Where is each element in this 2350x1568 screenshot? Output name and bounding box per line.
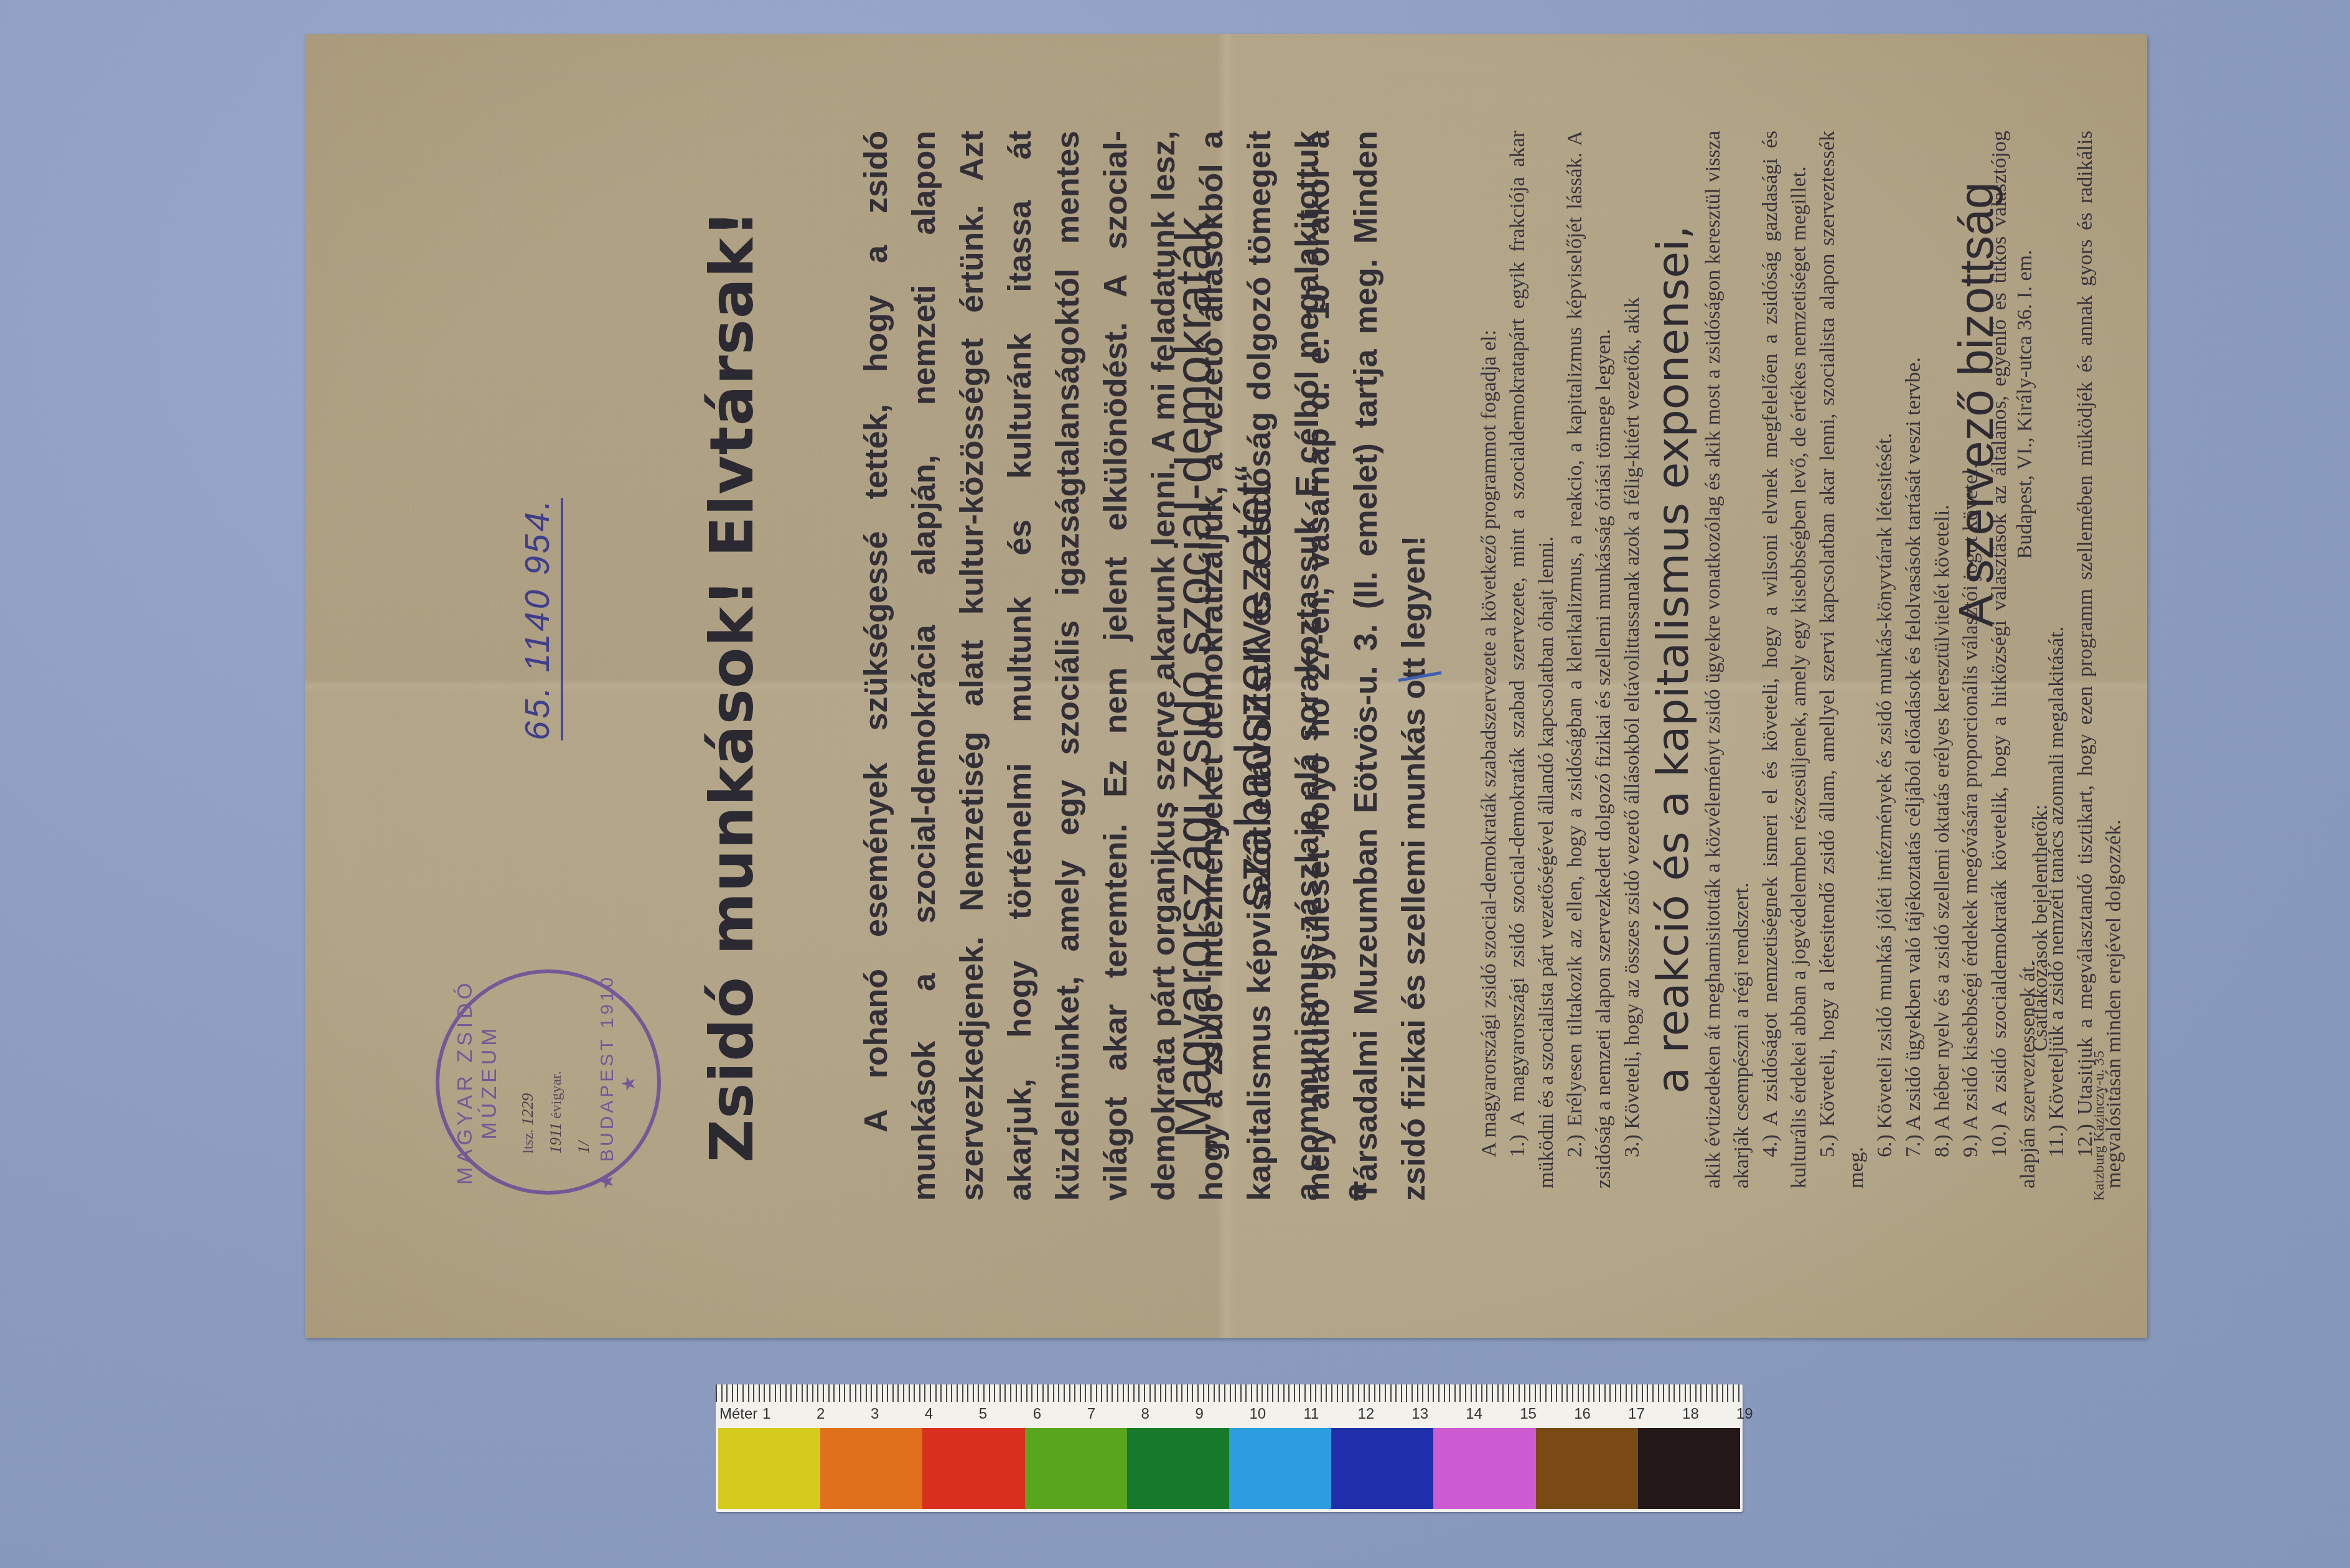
color-swatch: [1433, 1428, 1535, 1509]
museum-stamp: MAGYAR ZSIDÓ MÚZEUM ltsz. 1229 1911 évig…: [436, 969, 661, 1195]
ruler-tick-label: 8: [1141, 1406, 1149, 1423]
organization-name-line2: szabadszervezetét“: [1224, 34, 1283, 1338]
stamp-ring-top: MAGYAR ZSIDÓ MÚZEUM: [453, 973, 502, 1191]
ruler-labels: Méter 12345678910111213141516171819: [716, 1406, 1743, 1424]
ruler-tick-label: 1: [762, 1406, 770, 1423]
program-item: akik évtizedeken át meghamisitották a kö…: [1699, 131, 1756, 1188]
ruler-tick-label: 10: [1250, 1406, 1266, 1423]
ruler-tick-label: 18: [1682, 1406, 1699, 1423]
ruler-tick-label: 5: [979, 1406, 987, 1423]
program-item: 3.) Követeli, hogy az összes zsidó vezet…: [1618, 131, 1647, 1188]
ruler-tick-label: 9: [1196, 1406, 1204, 1423]
ruler-tick-label: 2: [817, 1406, 825, 1423]
ruler-tick-label: 17: [1628, 1406, 1645, 1423]
program-banner: a reakció és a kapitalismus exponensei,: [1647, 131, 1699, 1188]
program-item: 1.) A magyarországi zsidó szocial-demokr…: [1504, 131, 1561, 1188]
stamp-label-year: évigyar.: [548, 1071, 564, 1119]
color-swatch: [820, 1428, 922, 1509]
color-scale-ruler: Méter 12345678910111213141516171819: [716, 1384, 1743, 1512]
document-content: 65. 1140 954. MAGYAR ZSIDÓ MÚZEUM ltsz. …: [305, 34, 2147, 1338]
stamp-value-year: 1911: [546, 1122, 564, 1154]
color-swatches: [718, 1428, 1740, 1509]
stamp-ring-bottom: ★ BUDAPEST 1910 ★: [596, 973, 640, 1191]
ruler-tick-label: 11: [1303, 1406, 1319, 1423]
color-swatch: [1229, 1428, 1331, 1509]
ruler-tick-label: 14: [1466, 1406, 1482, 1423]
ruler-tick-label: 3: [871, 1406, 879, 1423]
color-swatch: [922, 1428, 1024, 1509]
stamp-fields: ltsz. 1229 1911 évigyar. 1/: [514, 1010, 598, 1154]
signature-committee: A szervező bizottság: [1948, 93, 2005, 716]
ruler-tick-label: 15: [1520, 1406, 1537, 1423]
document-title: Zsidó munkások! Elvtársak!: [697, 34, 767, 1338]
handwritten-inventory-number: 65. 1140 954.: [517, 498, 563, 740]
ruler-tick-label: 6: [1033, 1406, 1041, 1423]
ruler-unit-label: Méter: [719, 1406, 757, 1423]
ruler-tick-label: 19: [1736, 1406, 1753, 1423]
ruler-tick-label: 7: [1087, 1406, 1095, 1423]
ruler-tick-label: 12: [1357, 1406, 1374, 1423]
program-item: 7.) A zsidó ügyekben való tájékoztatás c…: [1899, 131, 1928, 1188]
document-sheet: 65. 1140 954. MAGYAR ZSIDÓ MÚZEUM ltsz. …: [305, 34, 2147, 1338]
color-swatch: [1025, 1428, 1127, 1509]
stamp-value-itsz: 1229: [518, 1093, 536, 1126]
ruler-tick-label: 13: [1411, 1406, 1428, 1423]
program-item: 2.) Erélyesen tiltakozik az ellen, hogy …: [1561, 131, 1618, 1188]
organization-name: „Magyarországi zsidó szocial-demokraták …: [1164, 34, 1283, 1338]
join-note: Csatlakozások bejelenthetők:: [2029, 616, 2053, 1052]
program-item: 5.) Követeli, hogy a létesitendő zsidó á…: [1814, 131, 1871, 1188]
program-item: 4.) A zsidóságot nemzetiségnek ismeri el…: [1756, 131, 1814, 1188]
color-swatch: [718, 1428, 820, 1509]
program-intro: A magyarországi zsidó szocial-demokraták…: [1475, 131, 1504, 1188]
printer-imprint: Katzburg Kazinczy-u. 35: [2091, 828, 2108, 1201]
organization-name-line1: „Magyarországi zsidó szocial-demokraták: [1164, 34, 1224, 1338]
stamp-label-itsz: ltsz.: [520, 1129, 536, 1154]
stamp-value-extra: 1/: [574, 1141, 592, 1154]
program-item: 6.) Követeli zsidó munkás jóléti intézmé…: [1871, 131, 1899, 1188]
ruler-tick-label: 16: [1574, 1406, 1591, 1423]
ruler-tick-label: 4: [925, 1406, 933, 1423]
color-swatch: [1536, 1428, 1638, 1509]
color-swatch: [1638, 1428, 1740, 1509]
color-swatch: [1127, 1428, 1229, 1509]
color-swatch: [1331, 1428, 1433, 1509]
